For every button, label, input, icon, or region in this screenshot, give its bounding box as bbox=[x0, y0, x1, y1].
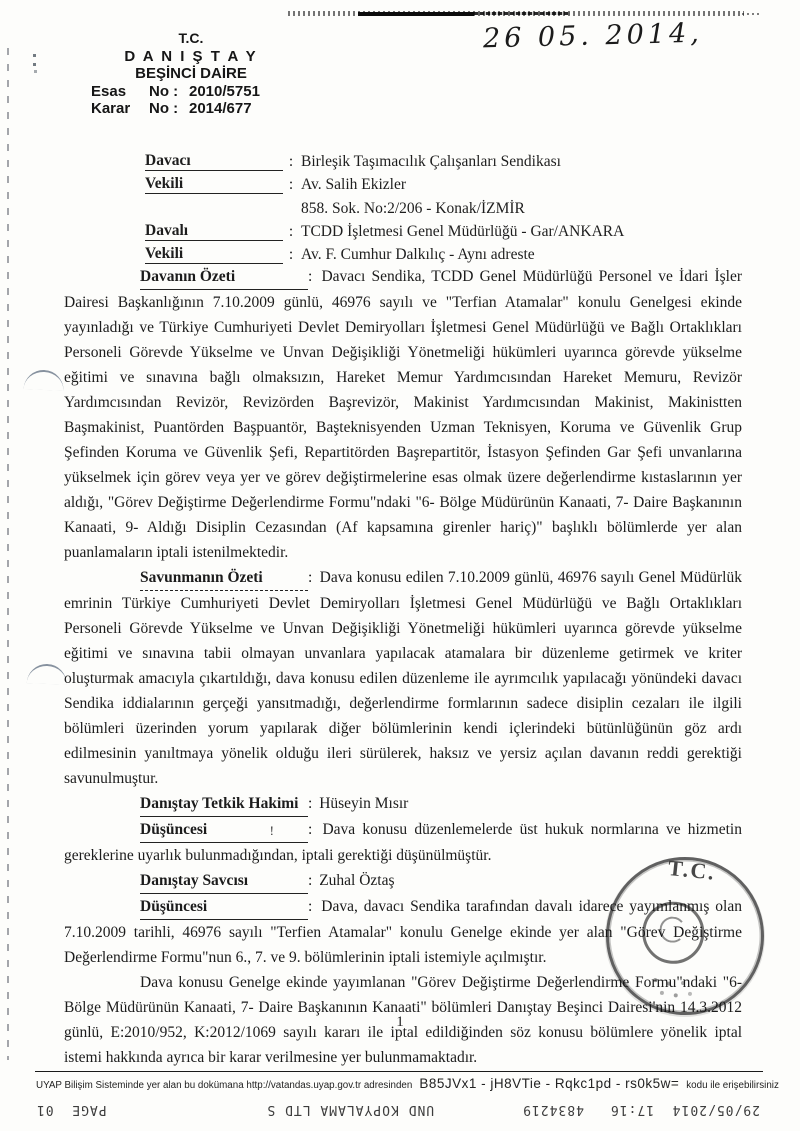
paragraph-label: Davanın Özeti bbox=[140, 264, 308, 290]
uyap-access-code: B85JVx1 - jH8VTie - Rqkc1pd - rs0k5w= bbox=[412, 1076, 686, 1091]
fax-page: PAGE 01 bbox=[36, 1103, 107, 1118]
scan-artifact-topline-dashes bbox=[474, 12, 570, 15]
page-number: 1 bbox=[0, 1014, 800, 1031]
paragraph-text: Hüseyin Mısır bbox=[315, 795, 408, 812]
uyap-footer: UYAP Bilişim Sisteminde yer alan bu dokü… bbox=[36, 1076, 776, 1091]
paragraph-label: Danıştay Tetkik Hakimi bbox=[140, 791, 308, 817]
paragraph-label: Düşüncesi bbox=[140, 894, 308, 920]
esas-row: Esas No : 2010/5751 bbox=[55, 83, 327, 101]
body-paragraph: Danıştay Savcısı: Zuhal Öztaş bbox=[64, 868, 742, 894]
uyap-footer-suffix: kodu ile erişebilirsiniz bbox=[686, 1080, 779, 1091]
party-row: Davacı : Birleşik Taşımacılık Çalışanlar… bbox=[145, 148, 624, 171]
party-value: Av. F. Cumhur Dalkılıç - Aynı adreste bbox=[299, 246, 535, 264]
paragraph-label: Danıştay Savcısı bbox=[140, 868, 308, 894]
scan-artifact-topline-solid bbox=[358, 12, 474, 16]
scanned-court-document-page: 26 05. 2014, T.C. D A N I Ş T A Y BEŞİNC… bbox=[0, 0, 800, 1131]
party-colon: : bbox=[283, 246, 299, 264]
scan-artifact-topline-dots bbox=[742, 13, 762, 15]
paragraph-text: Zuhal Öztaş bbox=[315, 872, 394, 889]
fax-datetime: 29/05/2014 17:16 bbox=[610, 1103, 760, 1118]
party-value: Av. Salih Ekizler bbox=[299, 176, 406, 194]
party-colon: : bbox=[283, 153, 299, 171]
party-row: Vekili : Av. F. Cumhur Dalkılıç - Aynı a… bbox=[145, 241, 624, 264]
body-paragraph: Düşüncesi: Dava konusu düzenlemelerde üs… bbox=[64, 817, 742, 868]
paragraph-label: Savunmanın Özeti bbox=[140, 565, 308, 591]
party-label: Vekili bbox=[145, 241, 283, 264]
party-value: Birleşik Taşımacılık Çalışanları Sendika… bbox=[299, 153, 561, 171]
fax-sender: UND KOPYALAMA LTD S bbox=[266, 1103, 434, 1118]
party-colon: : bbox=[283, 176, 299, 194]
party-row: : 858. Sok. No:2/206 - Konak/İZMİR bbox=[145, 194, 624, 217]
court-header-tc: T.C. bbox=[55, 30, 327, 48]
document-body: Davanın Özeti: Davacı Sendika, TCDD Gene… bbox=[64, 264, 742, 1070]
court-header: T.C. D A N I Ş T A Y BEŞİNCİ DAİRE Esas … bbox=[55, 30, 327, 118]
karar-label: Karar bbox=[91, 100, 149, 118]
parties-table: Davacı : Birleşik Taşımacılık Çalışanlar… bbox=[145, 148, 624, 264]
body-paragraph: Savunmanın Özeti: Dava konusu edilen 7.1… bbox=[64, 565, 742, 791]
paragraph-text: Davacı Sendika, TCDD Genel Müdürlüğü Per… bbox=[64, 268, 742, 561]
fax-header-line: 29/05/2014 17:16 4834219 UND KOPYALAMA L… bbox=[32, 1100, 760, 1120]
esas-no-label: No : bbox=[149, 83, 189, 101]
court-header-chamber: BEŞİNCİ DAİRE bbox=[55, 65, 327, 83]
scan-artifact-mark bbox=[33, 54, 36, 57]
party-label: Davalı bbox=[145, 218, 283, 241]
body-paragraph: Davanın Özeti: Davacı Sendika, TCDD Gene… bbox=[64, 264, 742, 565]
party-label bbox=[145, 194, 283, 217]
fax-number: 4834219 bbox=[522, 1103, 584, 1118]
karar-row: Karar No : 2014/677 bbox=[55, 100, 327, 118]
party-label: Davacı bbox=[145, 148, 283, 171]
party-colon: : bbox=[283, 223, 299, 241]
karar-no-label: No : bbox=[149, 100, 189, 118]
party-value: 858. Sok. No:2/206 - Konak/İZMİR bbox=[299, 200, 525, 218]
margin-arc-mark bbox=[27, 663, 68, 684]
party-value: TCDD İşletmesi Genel Müdürlüğü - Gar/ANK… bbox=[299, 223, 624, 241]
esas-label: Esas bbox=[91, 83, 149, 101]
paragraph-text: Dava konusu edilen 7.10.2009 günlü, 4697… bbox=[64, 569, 742, 787]
margin-arc-mark bbox=[24, 369, 65, 391]
esas-value: 2010/5751 bbox=[189, 83, 260, 101]
party-row: Vekili : Av. Salih Ekizler bbox=[145, 171, 624, 194]
body-paragraph: Danıştay Tetkik Hakimi: Hüseyin Mısır bbox=[64, 791, 742, 817]
party-row: Davalı : TCDD İşletmesi Genel Müdürlüğü … bbox=[145, 218, 624, 241]
footer-divider bbox=[35, 1071, 763, 1072]
scan-artifact-left-dashline bbox=[7, 48, 9, 1060]
handwritten-date: 26 05. 2014, bbox=[483, 17, 744, 55]
karar-value: 2014/677 bbox=[189, 100, 252, 118]
party-label: Vekili bbox=[145, 171, 283, 194]
uyap-footer-prefix: UYAP Bilişim Sisteminde yer alan bu dokü… bbox=[36, 1080, 412, 1091]
paragraph-label: Düşüncesi bbox=[140, 817, 308, 843]
court-header-name: D A N I Ş T A Y bbox=[55, 48, 327, 66]
body-paragraph: Düşüncesi: Dava, davacı Sendika tarafınd… bbox=[64, 894, 742, 970]
